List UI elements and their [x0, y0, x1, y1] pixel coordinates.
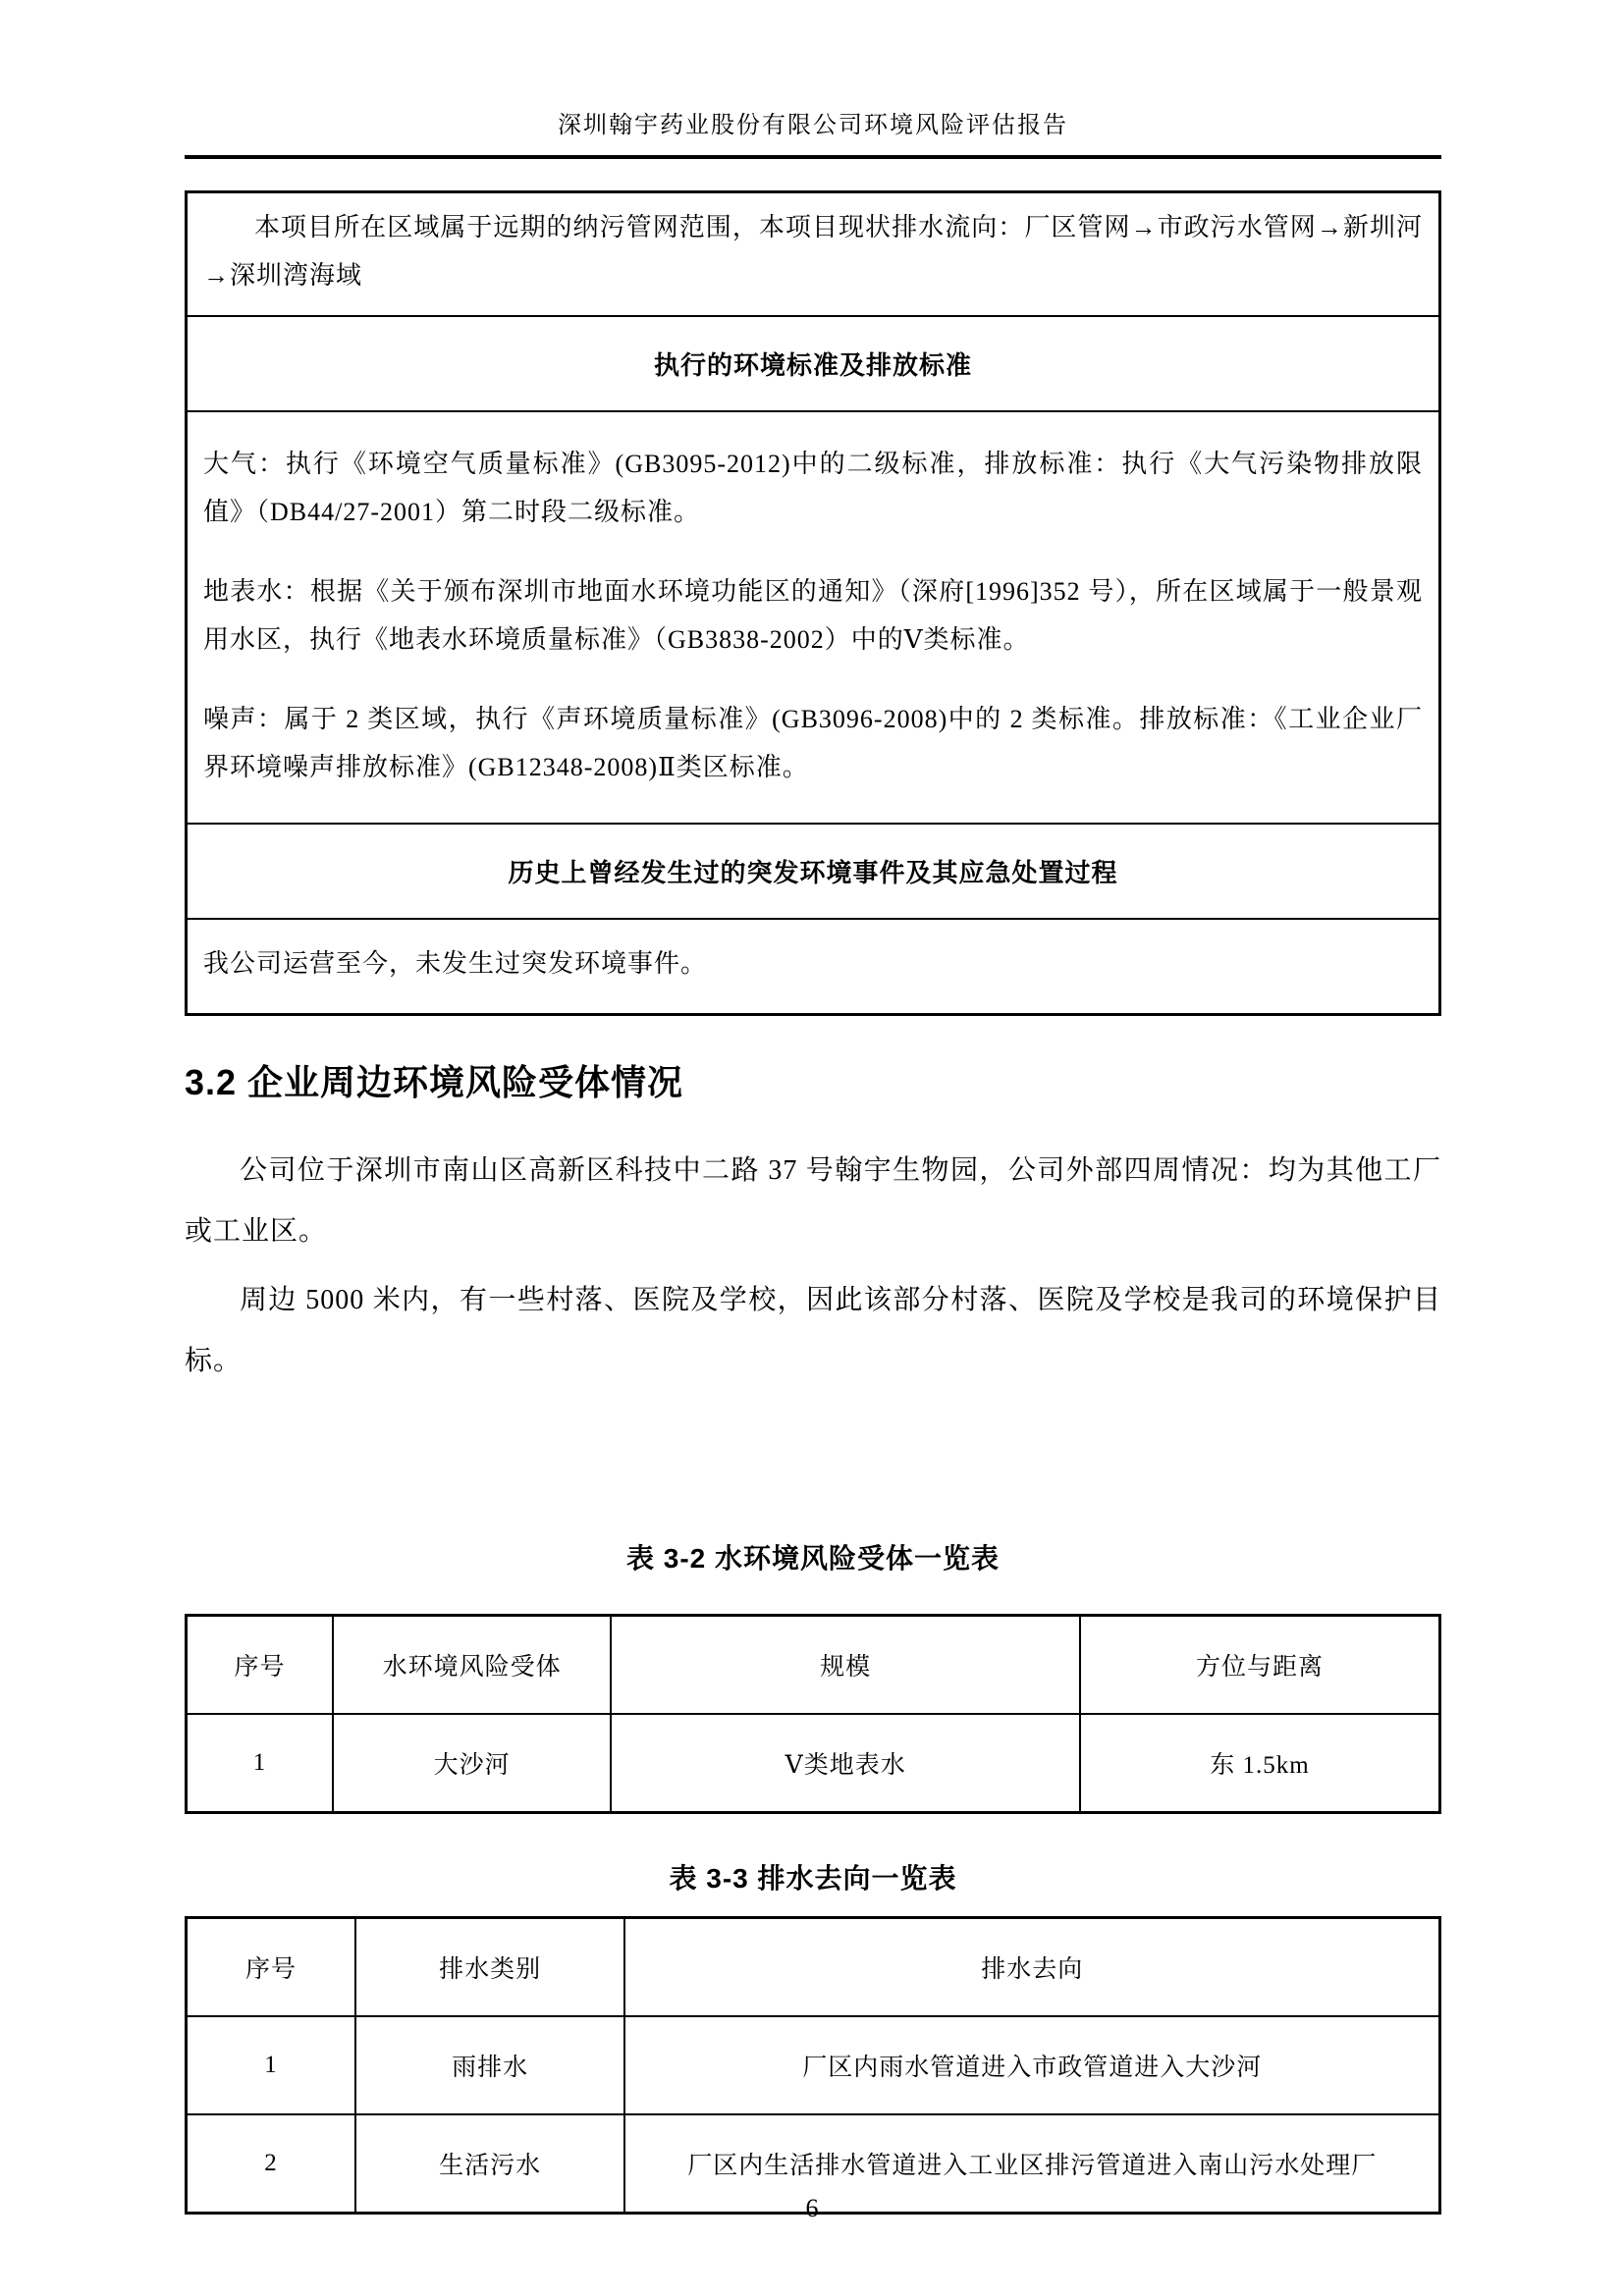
surface-water-standard-text: 地表水：根据《关于颁布深圳市地面水环境功能区的通知》（深府[1996]352 号… — [203, 567, 1423, 664]
table-cell: 雨排水 — [355, 2016, 625, 2114]
section-paragraph-surroundings: 周边 5000 米内，有一些村落、医院及学校，因此该部分村落、医院及学校是我司的… — [185, 1270, 1441, 1392]
info-table-row-standards: 大气：执行《环境空气质量标准》(GB3095-2012)中的二级标准，排放标准：… — [188, 410, 1438, 791]
info-table-row-history: 我公司运营至今，未发生过突发环境事件。 — [188, 918, 1438, 1013]
table-header-cell: 规模 — [611, 1616, 1080, 1715]
table-header-cell: 方位与距离 — [1080, 1616, 1440, 1715]
info-table-row-history-header: 历史上曾经发生过的突发环境事件及其应急处置过程 — [188, 823, 1438, 918]
table-3-3-header-row: 序号 排水类别 排水去向 — [187, 1918, 1440, 2017]
info-table-row-standards-header: 执行的环境标准及排放标准 — [188, 315, 1438, 410]
noise-standard-text: 噪声：属于 2 类区域，执行《声环境质量标准》(GB3096-2008)中的 2… — [203, 695, 1423, 791]
table-3-2-title: 表 3-2 水环境风险受体一览表 — [185, 1537, 1441, 1576]
table-header-cell: 水环境风险受体 — [333, 1616, 611, 1715]
page-header-title: 深圳翰宇药业股份有限公司环境风险评估报告 — [185, 110, 1441, 141]
table-3-3: 序号 排水类别 排水去向 1 雨排水 厂区内雨水管道进入市政管道进入大沙河 2 … — [185, 1916, 1441, 2215]
section-paragraph-location: 公司位于深圳市南山区高新区科技中二路 37 号翰宇生物园，公司外部四周情况：均为… — [185, 1141, 1441, 1262]
air-standard-text: 大气：执行《环境空气质量标准》(GB3095-2012)中的二级标准，排放标准：… — [203, 440, 1423, 536]
table-header-cell: 排水去向 — [624, 1918, 1439, 2017]
document-page: 深圳翰宇药业股份有限公司环境风险评估报告 本项目所在区域属于远期的纳污管网范围，… — [0, 0, 1624, 2296]
table-3-2-header-row: 序号 水环境风险受体 规模 方位与距离 — [187, 1616, 1440, 1715]
table-header-cell: 序号 — [187, 1918, 355, 2017]
history-header-text: 历史上曾经发生过的突发环境事件及其应急处置过程 — [508, 858, 1117, 887]
history-text: 我公司运营至今，未发生过突发环境事件。 — [203, 939, 1423, 988]
section-heading-3-2: 3.2 企业周边环境风险受体情况 — [185, 1055, 1441, 1105]
table-3-3-title: 表 3-3 排水去向一览表 — [185, 1857, 1441, 1896]
table-row: 1 雨排水 厂区内雨水管道进入市政管道进入大沙河 — [187, 2016, 1440, 2114]
table-cell: 大沙河 — [333, 1714, 611, 1813]
page-number: 6 — [0, 2194, 1624, 2223]
table-cell: 厂区内雨水管道进入市政管道进入大沙河 — [624, 2016, 1439, 2114]
header-rule — [185, 155, 1441, 159]
info-table: 本项目所在区域属于远期的纳污管网范围，本项目现状排水流向：厂区管网→市政污水管网… — [185, 190, 1441, 1016]
table-cell: 东 1.5km — [1080, 1714, 1440, 1813]
table-cell: 1 — [187, 2016, 355, 2114]
drainage-text: 本项目所在区域属于远期的纳污管网范围，本项目现状排水流向：厂区管网→市政污水管网… — [203, 203, 1423, 299]
table-3-2: 序号 水环境风险受体 规模 方位与距离 1 大沙河 Ⅴ类地表水 东 1.5km — [185, 1614, 1441, 1814]
table-row: 1 大沙河 Ⅴ类地表水 东 1.5km — [187, 1714, 1440, 1813]
info-table-row-drainage: 本项目所在区域属于远期的纳污管网范围，本项目现状排水流向：厂区管网→市政污水管网… — [188, 193, 1438, 315]
table-cell: 1 — [187, 1714, 333, 1813]
table-header-cell: 排水类别 — [355, 1918, 625, 2017]
standards-header-text: 执行的环境标准及排放标准 — [654, 350, 972, 380]
table-header-cell: 序号 — [187, 1616, 333, 1715]
table-cell: Ⅴ类地表水 — [611, 1714, 1080, 1813]
